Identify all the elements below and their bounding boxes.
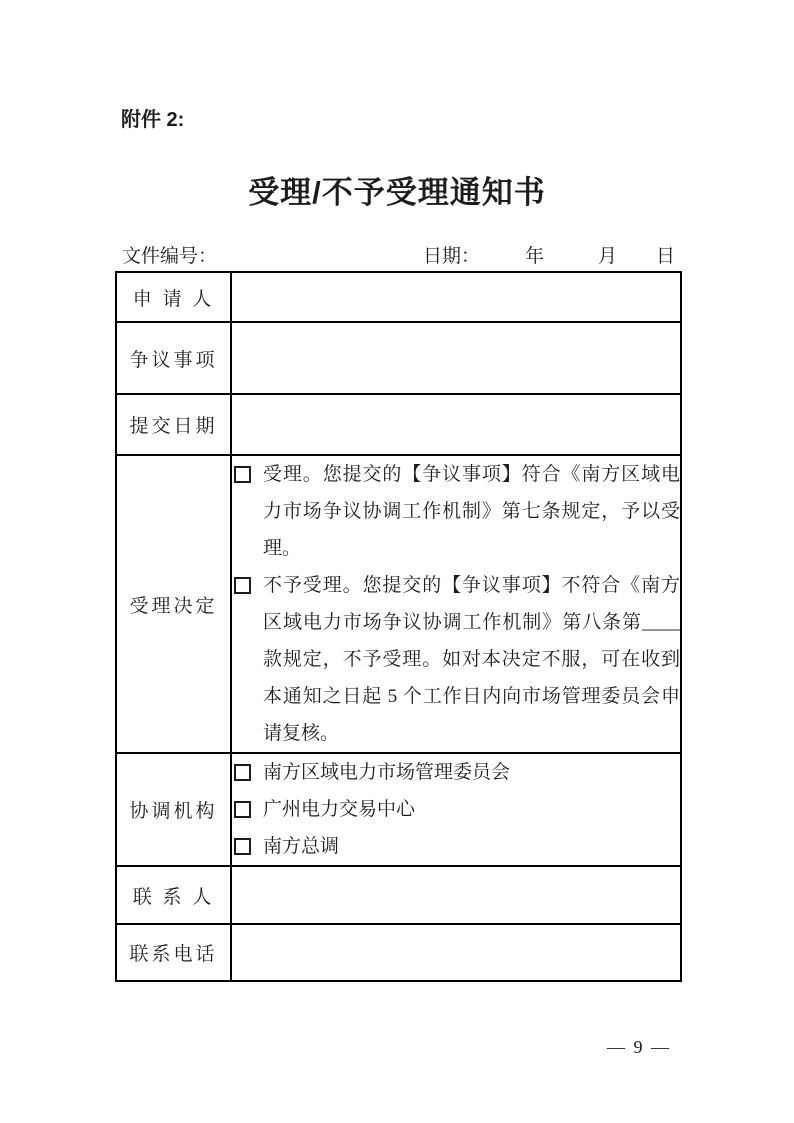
table-row-applicant: 申 请 人 [116,272,681,322]
table-row-dispute-matter: 争议事项 [116,322,681,394]
checkbox-icon [234,764,251,781]
acceptance-decision-value-cell: 受理。您提交的【争议事项】符合《南方区域电力市场争议协调工作机制》第七条规定，予… [231,455,681,753]
decision-option-reject: 不予受理。您提交的【争议事项】不符合《南方区域电力市场争议协调工作机制》第八条第… [232,567,680,752]
decision-option-reject-text-before-blank: 不予受理。您提交的【争议事项】不符合《南方区域电力市场争议协调工作机制》第八条第 [263,575,680,633]
row-label-contact-person: 联 系 人 [116,866,231,924]
table-row-acceptance-decision: 受理决定 受理。您提交的【争议事项】符合《南方区域电力市场争议协调工作机制》第七… [116,455,681,753]
agency-option-guangzhou-exchange-text: 广州电力交易中心 [263,791,680,828]
date-label: 日期： [423,241,480,268]
row-label-contact-phone: 联系电话 [116,924,231,981]
row-label-submission-date: 提交日期 [116,394,231,455]
agency-option-market-committee: 南方区域电力市场管理委员会 [232,754,680,791]
row-label-coordination-agency: 协调机构 [116,753,231,866]
table-row-contact-person: 联 系 人 [116,866,681,924]
row-label-acceptance-decision: 受理决定 [116,455,231,753]
decision-option-accept-text-span: 受理。您提交的【争议事项】符合《南方区域电力市场争议协调工作机制》第七条规定，予… [263,464,680,559]
coordination-agency-value-cell: 南方区域电力市场管理委员会 广州电力交易中心 南方总调 [231,753,681,866]
agency-option-southern-dispatch: 南方总调 [232,828,680,865]
table-row-contact-phone: 联系电话 [116,924,681,981]
decision-option-reject-text-after-blank: 款规定，不予受理。如对本决定不服，可在收到本通知之日起 5 个工作日内向市场管理… [263,649,680,744]
submission-date-value-cell [231,394,681,455]
checkbox-icon [234,801,251,818]
checkbox-icon [234,838,251,855]
row-label-dispute-matter: 争议事项 [116,322,231,394]
agency-option-market-committee-text: 南方区域电力市场管理委员会 [263,754,680,791]
row-label-applicant: 申 请 人 [116,272,231,322]
date-month-label: 月 [598,241,617,268]
date-year-label: 年 [525,241,544,268]
document-page: 附件 2: 受理/不予受理通知书 文件编号： 日期： 年 月 日 申 请 人 争… [0,0,794,1123]
agency-option-southern-dispatch-text: 南方总调 [263,828,680,865]
checkbox-icon [234,466,251,483]
applicant-value-cell [231,272,681,322]
agency-option-guangzhou-exchange: 广州电力交易中心 [232,791,680,828]
decision-option-reject-text: 不予受理。您提交的【争议事项】不符合《南方区域电力市场争议协调工作机制》第八条第… [263,567,680,752]
decision-option-accept-text: 受理。您提交的【争议事项】符合《南方区域电力市场争议协调工作机制》第七条规定，予… [263,456,680,567]
doc-number-label: 文件编号： [122,241,217,268]
date-day-label: 日 [656,241,675,268]
blank-underline: ____ [642,612,680,633]
page-title: 受理/不予受理通知书 [0,167,794,212]
decision-option-accept: 受理。您提交的【争议事项】符合《南方区域电力市场争议协调工作机制》第七条规定，予… [232,456,680,567]
contact-person-value-cell [231,866,681,924]
page-number: — 9 — [607,1037,671,1058]
contact-phone-value-cell [231,924,681,981]
checkbox-icon [234,577,251,594]
notice-form-table: 申 请 人 争议事项 提交日期 受理决定 受理。您提交的【争议事项】符合《南方区… [115,271,682,982]
table-row-coordination-agency: 协调机构 南方区域电力市场管理委员会 广州电力交易中心 南方总调 [116,753,681,866]
dispute-matter-value-cell [231,322,681,394]
table-row-submission-date: 提交日期 [116,394,681,455]
attachment-label: 附件 2: [121,103,184,132]
doc-meta-row: 文件编号： 日期： 年 月 日 [115,241,682,267]
